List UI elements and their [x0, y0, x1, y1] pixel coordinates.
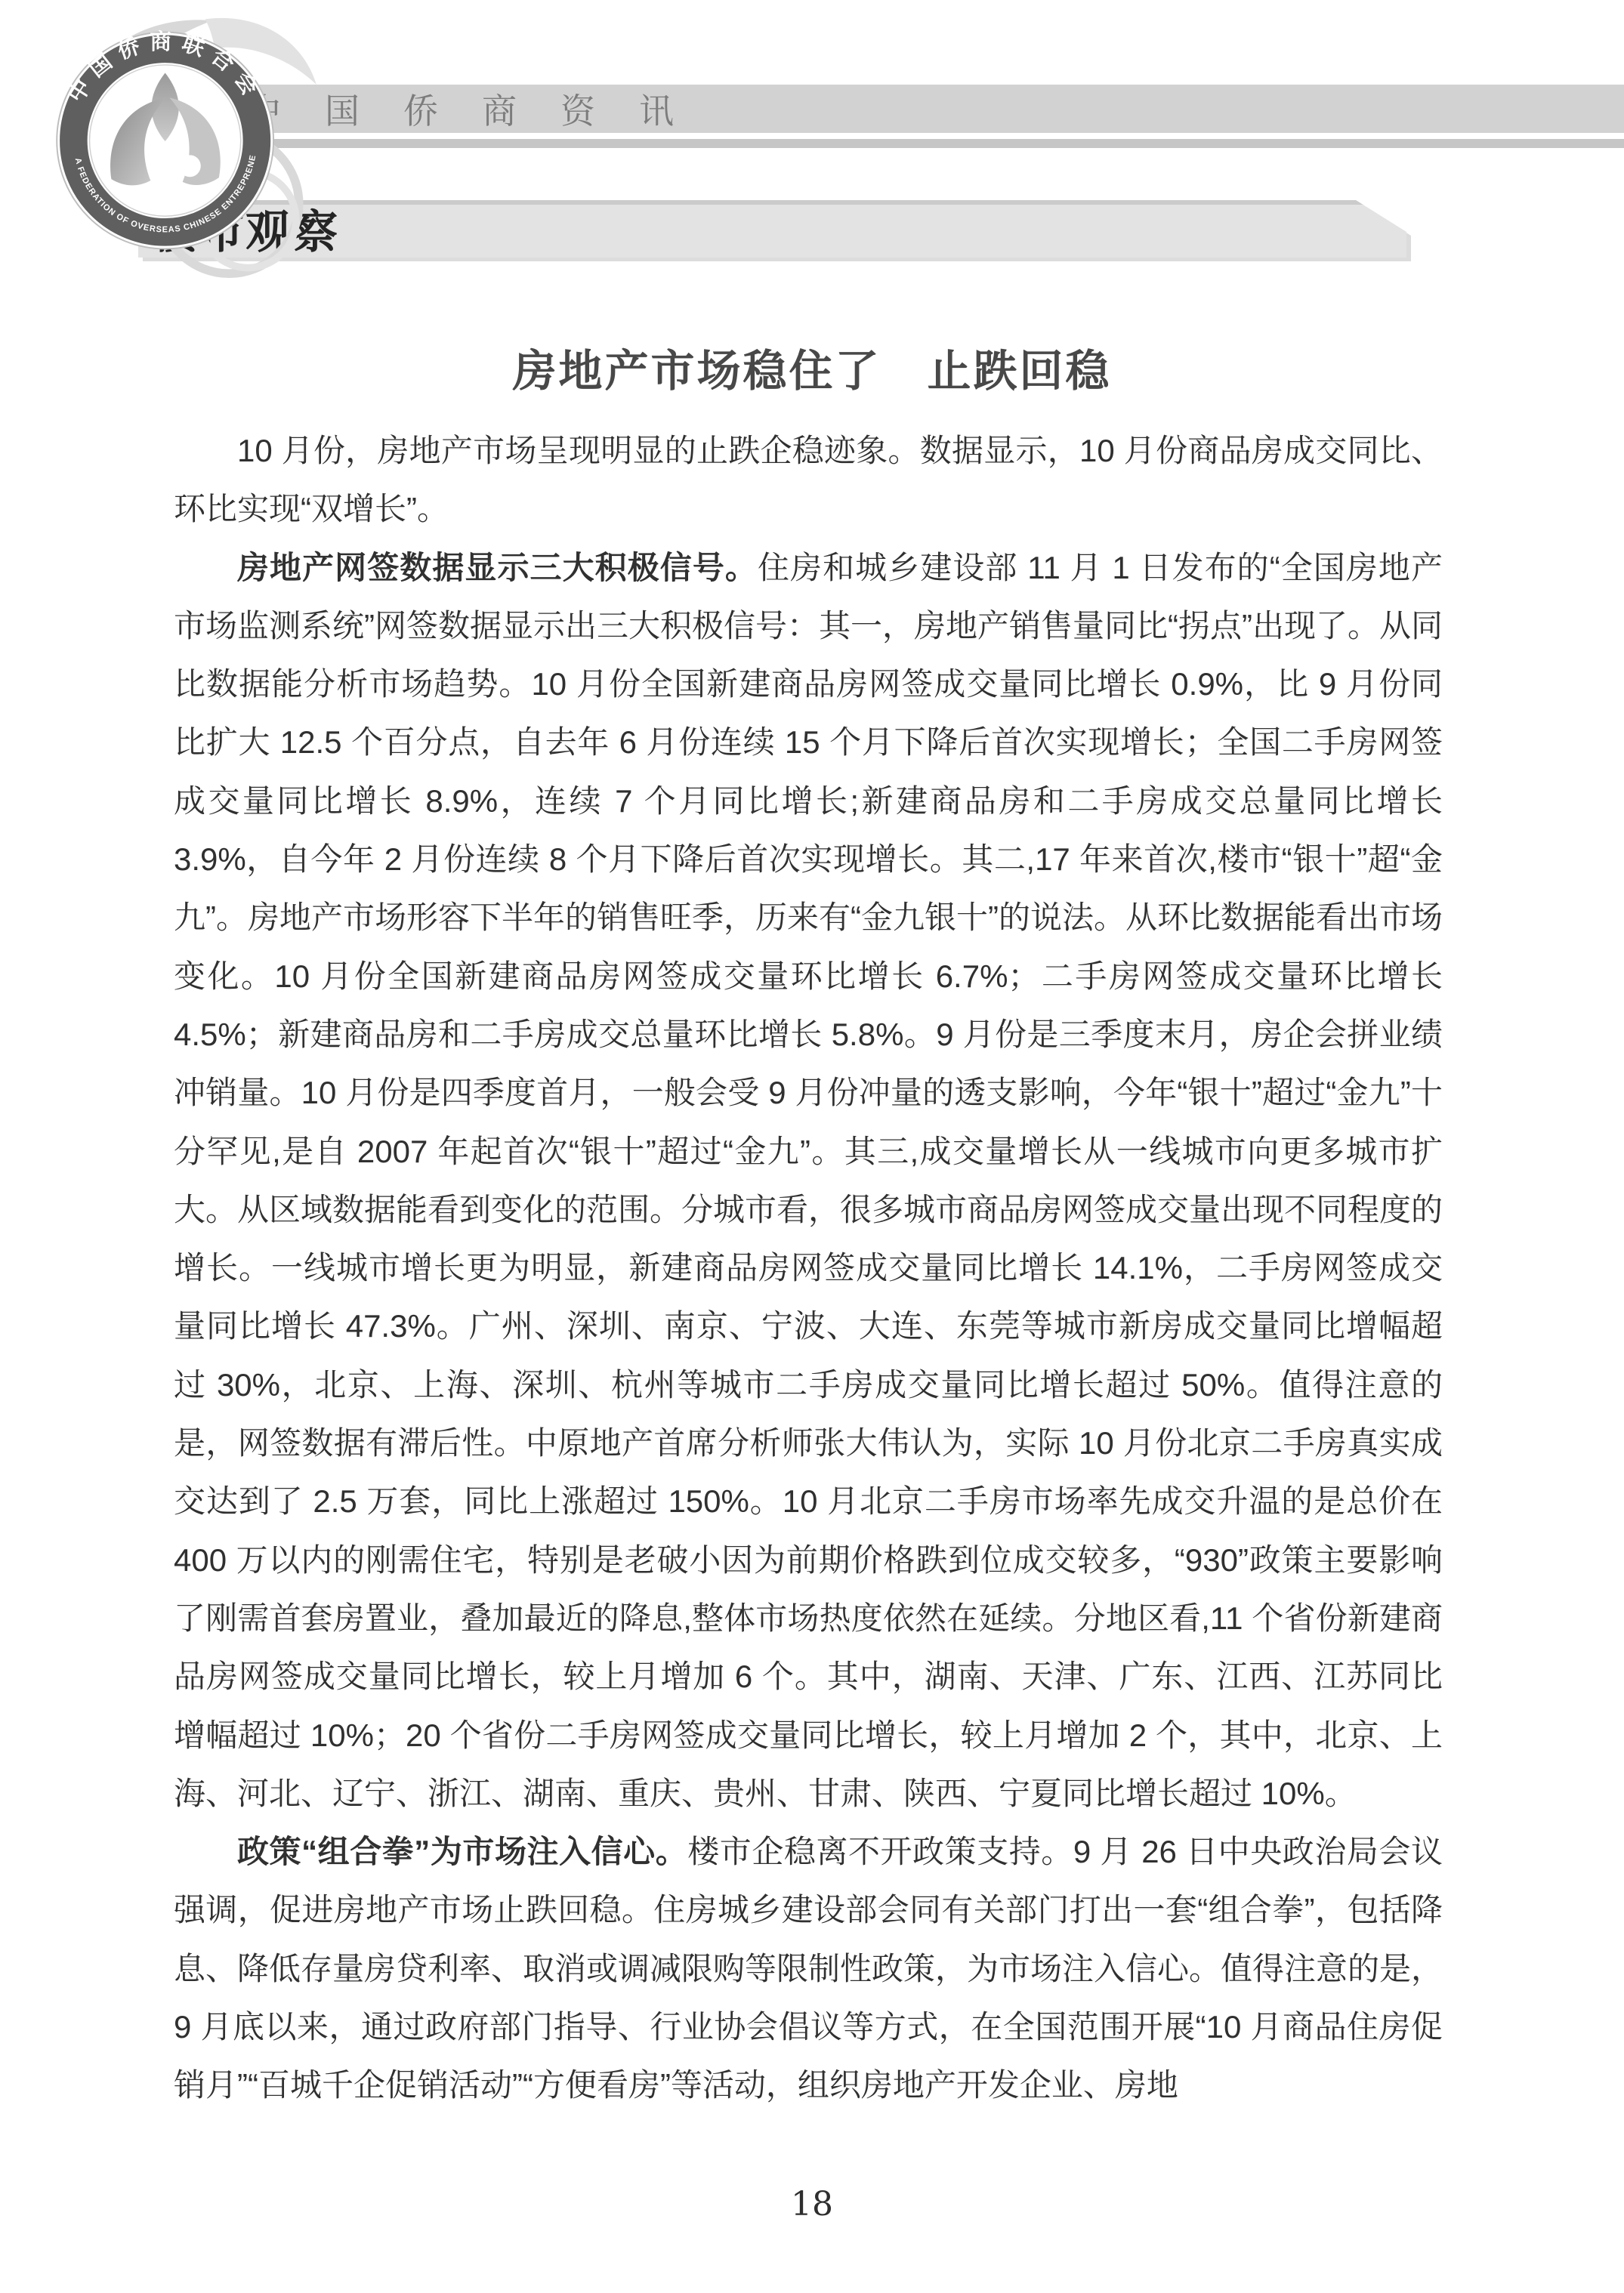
- paragraph-text: 10 月份，房地产市场呈现明显的止跌企稳迹象。数据显示，10 月份商品房成交同比…: [174, 433, 1443, 526]
- article-title: 房地产市场稳住了 止跌回稳: [0, 335, 1624, 399]
- masthead-bar: 中国侨商资讯: [198, 85, 1624, 133]
- paragraph-lead: 政策“组合拳”为市场注入信心。: [237, 1834, 687, 1869]
- federation-logo-icon: 中国侨商联合会 CHINA FEDERATION OF OVERSEAS CHI…: [42, 6, 332, 297]
- paragraph: 10 月份，房地产市场呈现明显的止跌企稳迹象。数据显示，10 月份商品房成交同比…: [174, 421, 1443, 539]
- page-number: 18: [0, 2185, 1624, 2224]
- article-body: 10 月份，房地产市场呈现明显的止跌企稳迹象。数据显示，10 月份商品房成交同比…: [174, 421, 1443, 2115]
- paragraph-lead: 房地产网签数据显示三大积极信号。: [237, 550, 758, 585]
- masthead-underline: [198, 139, 1624, 148]
- paragraph: 房地产网签数据显示三大积极信号。住房和城乡建设部 11 月 1 日发布的“全国房…: [174, 539, 1443, 1823]
- paragraph-text: 楼市企稳离不开政策支持。9 月 26 日中央政治局会议强调，促进房地产市场止跌回…: [174, 1834, 1443, 2103]
- paragraph-text: 住房和城乡建设部 11 月 1 日发布的“全国房地产市场监测系统”网签数据显示出…: [174, 550, 1443, 1811]
- paragraph: 政策“组合拳”为市场注入信心。楼市企稳离不开政策支持。9 月 26 日中央政治局…: [174, 1822, 1443, 2114]
- document-page: 中国侨商资讯 中国侨商联合会: [0, 0, 1624, 2293]
